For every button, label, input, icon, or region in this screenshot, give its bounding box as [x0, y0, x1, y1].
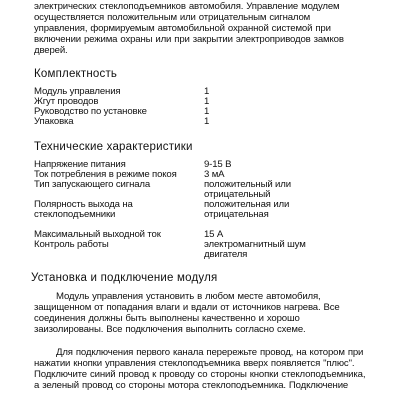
install-line: Модуль управления установить в любом мес…	[34, 291, 384, 302]
kit-item-qty: 1	[204, 87, 354, 97]
intro-line: включении режима охраны или при закрытии…	[34, 34, 384, 45]
intro-line: управления, формируемым автомобильной ох…	[34, 23, 384, 34]
intro-line: дверей.	[34, 45, 384, 56]
spec-name: стеклоподъемники	[34, 210, 204, 220]
kit-item: Руководство по установке1	[34, 107, 384, 117]
spec-name: Контроль работы	[34, 240, 204, 250]
kit-list: Модуль управления1 Жгут проводов1 Руково…	[34, 87, 384, 127]
spec-row-cont: двигателя	[34, 250, 384, 260]
spec-value: отрицательная	[204, 210, 354, 220]
install-line: заизолированы. Все подключения выполнить…	[34, 324, 384, 335]
install-line: а зеленый провод со стороны мотора стекл…	[34, 380, 384, 391]
intro-line: электрических стеклоподъемников автомоби…	[34, 1, 384, 12]
install-paragraph-1: Модуль управления установить в любом мес…	[34, 291, 384, 335]
intro-line: осуществляется положительным или отрицат…	[34, 12, 384, 23]
install-line: Для подключения первого канала перережьт…	[34, 347, 384, 358]
spec-row-cont: стеклоподъемникиотрицательная	[34, 210, 384, 220]
specs-heading: Технические характеристики	[34, 141, 384, 154]
install-heading: Установка и подключение модуля	[31, 272, 384, 285]
kit-item-qty: 1	[204, 97, 354, 107]
install-line: нажатии кнопки управления стеклоподъемни…	[34, 358, 384, 369]
kit-item-name: Упаковка	[34, 117, 204, 127]
kit-item-qty: 1	[204, 107, 354, 117]
install-line: Подключите синий провод к проводу со сто…	[34, 369, 384, 380]
install-paragraph-2: Для подключения первого канала перережьт…	[34, 347, 384, 391]
spec-name	[34, 250, 204, 260]
install-line: соединения должны быть выполнены качеств…	[34, 313, 384, 324]
spec-value: двигателя	[204, 250, 354, 260]
kit-item: Упаковка1	[34, 117, 384, 127]
specs-table: Напряжение питания9-15 В Ток потребления…	[34, 160, 384, 260]
spec-value: 9-15 В	[204, 160, 354, 170]
kit-heading: Комплектность	[34, 68, 384, 81]
kit-item-qty: 1	[204, 117, 354, 127]
document-page: электрических стеклоподъемников автомоби…	[34, 1, 384, 391]
intro-paragraph: электрических стеклоподъемников автомоби…	[34, 1, 384, 56]
spec-name: Тип запускающего сигнала	[34, 180, 204, 190]
install-line: защищенном от попадания влаги и вдали от…	[34, 302, 384, 313]
